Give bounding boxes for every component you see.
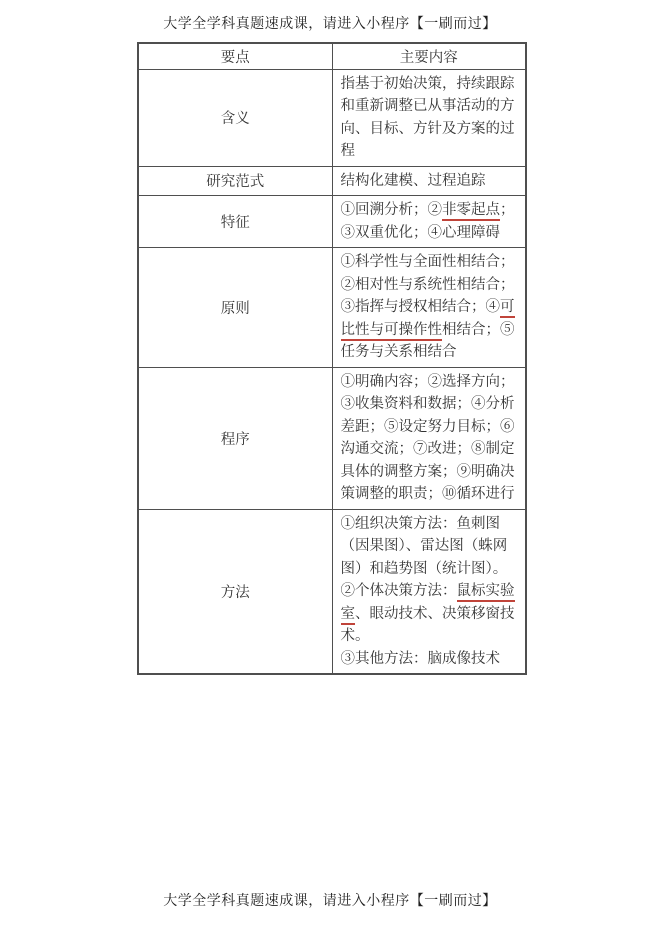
content-paragraph: ①回溯分析；②非零起点；③双重优化；④心理障碍	[341, 199, 518, 244]
row-content: 指基于初始决策，持续跟踪和重新调整已从事活动的方向、目标、方针及方案的过程	[332, 69, 526, 166]
table-header-main-content: 主要内容	[332, 43, 526, 69]
table-row: 程序①明确内容；②选择方向；③收集资料和数据；④分析差距；⑤设定努力目标；⑥沟通…	[138, 367, 526, 509]
table-body: 含义指基于初始决策，持续跟踪和重新调整已从事活动的方向、目标、方针及方案的过程研…	[138, 69, 526, 674]
row-label: 特征	[138, 196, 332, 248]
row-content: ①科学性与全面性相结合；②相对性与系统性相结合；③指挥与授权相结合；④可比性与可…	[332, 248, 526, 368]
text-segment: ②个体决策方法：	[341, 583, 457, 599]
content-paragraph: ①科学性与全面性相结合；②相对性与系统性相结合；③指挥与授权相结合；④可比性与可…	[341, 251, 518, 364]
row-label: 方法	[138, 509, 332, 674]
row-content: 结构化建模、过程追踪	[332, 166, 526, 196]
row-content: ①组织决策方法：鱼刺图（因果图）、雷达图（蛛网图）和趋势图（统计图）。②个体决策…	[332, 509, 526, 674]
text-segment: ①科学性与全面性相结合；②相对性与系统性相结合；③指挥与授权相结合；④	[341, 254, 515, 315]
text-segment: 指基于初始决策，持续跟踪和重新调整已从事活动的方向、目标、方针及方案的过程	[341, 76, 515, 160]
content-paragraph: ③其他方法：脑成像技术	[341, 648, 518, 671]
row-label: 原则	[138, 248, 332, 368]
row-label: 含义	[138, 69, 332, 166]
content-paragraph: 指基于初始决策，持续跟踪和重新调整已从事活动的方向、目标、方针及方案的过程	[341, 73, 518, 163]
table-row: 研究范式结构化建模、过程追踪	[138, 166, 526, 196]
row-label: 研究范式	[138, 166, 332, 196]
table-row: 特征①回溯分析；②非零起点；③双重优化；④心理障碍	[138, 196, 526, 248]
text-segment: ①回溯分析；②	[341, 202, 443, 218]
text-segment: 结构化建模、过程追踪	[341, 173, 486, 189]
content-paragraph: 结构化建模、过程追踪	[341, 170, 518, 193]
table-row: 方法①组织决策方法：鱼刺图（因果图）、雷达图（蛛网图）和趋势图（统计图）。②个体…	[138, 509, 526, 674]
row-content: ①明确内容；②选择方向；③收集资料和数据；④分析差距；⑤设定努力目标；⑥沟通交流…	[332, 367, 526, 509]
row-label: 程序	[138, 367, 332, 509]
table-header-keypoint: 要点	[138, 43, 332, 69]
text-segment: ③其他方法：脑成像技术	[341, 651, 501, 667]
content-table: 要点 主要内容 含义指基于初始决策，持续跟踪和重新调整已从事活动的方向、目标、方…	[137, 42, 527, 675]
header-banner: 大学全学科真题速成课，请进入小程序【一刷而过】	[0, 0, 660, 34]
content-paragraph: ②个体决策方法：鼠标实验室、眼动技术、决策移窗技术。	[341, 580, 518, 648]
content-paragraph: ①明确内容；②选择方向；③收集资料和数据；④分析差距；⑤设定努力目标；⑥沟通交流…	[341, 371, 518, 506]
content-paragraph: ①组织决策方法：鱼刺图（因果图）、雷达图（蛛网图）和趋势图（统计图）。	[341, 513, 518, 581]
footer-banner: 大学全学科真题速成课，请进入小程序【一刷而过】	[0, 893, 660, 911]
table-row: 含义指基于初始决策，持续跟踪和重新调整已从事活动的方向、目标、方针及方案的过程	[138, 69, 526, 166]
table-head: 要点 主要内容	[138, 43, 526, 69]
table-row: 原则①科学性与全面性相结合；②相对性与系统性相结合；③指挥与授权相结合；④可比性…	[138, 248, 526, 368]
text-segment: ①组织决策方法：鱼刺图（因果图）、雷达图（蛛网图）和趋势图（统计图）。	[341, 516, 508, 577]
red-underlined-term: 非零起点	[442, 202, 500, 221]
text-segment: 、眼动技术、决策移窗技术。	[341, 606, 515, 645]
text-segment: ①明确内容；②选择方向；③收集资料和数据；④分析差距；⑤设定努力目标；⑥沟通交流…	[341, 374, 515, 503]
row-content: ①回溯分析；②非零起点；③双重优化；④心理障碍	[332, 196, 526, 248]
table-header-row: 要点 主要内容	[138, 43, 526, 69]
